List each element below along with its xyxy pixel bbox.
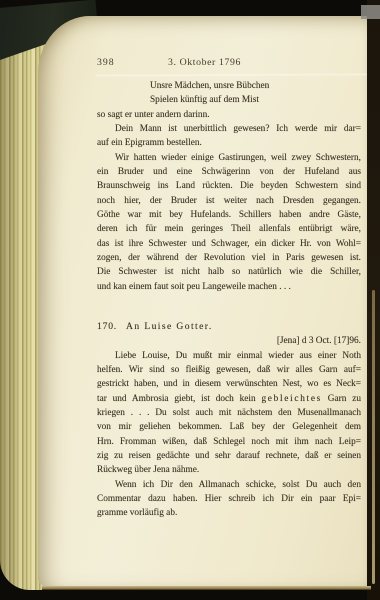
text-line: Wenn ich Dir den Allmanach schicke, sols… xyxy=(97,478,361,492)
text-line: Hrn. Fromman wißen, daß Schlegel noch mi… xyxy=(97,435,361,449)
text-line: Dein Mann ist unerbittlich gewesen? Ich … xyxy=(97,122,361,136)
text-line: von mir geliehen bekommen. Laß bey der G… xyxy=(97,420,361,434)
text-segment: Garn zu xyxy=(322,394,361,404)
text-line: das ist ihre Schwester und Schwager, ein… xyxy=(97,237,361,251)
verse-line: Spielen künftig auf dem Mist xyxy=(150,93,361,107)
text-line: kriegen . . . Du solst auch mit nächstem… xyxy=(97,406,361,420)
text-line: Liebe Louise, Du mußt mir einmal wieder … xyxy=(97,349,361,363)
text-line: helfen. Wir sind so fleißig gewesen, daß… xyxy=(97,363,361,377)
text-line: tar und Ambrosia giebt, ist doch kein ge… xyxy=(97,392,361,406)
running-head-date: 3. Oktober 1796 xyxy=(168,57,241,68)
text-line: Braunschweig ins Land rückten. Die beyde… xyxy=(97,179,361,193)
text-line: deren ich für mein geringes Theil allenf… xyxy=(97,222,361,236)
text-line: und kan einem faut soit peu Langeweile m… xyxy=(97,280,361,294)
emphasized-word: gebleichtes xyxy=(261,394,322,404)
book-scan: 398 3. Oktober 1796 Unsre Mädchen, unsre… xyxy=(0,0,380,600)
running-head: 398 3. Oktober 1796 xyxy=(38,57,371,71)
page-text: Unsre Mädchen, unsre Bübchen Spielen kün… xyxy=(97,79,361,521)
text-line: ein Bruder und eine Schwägerinn von der … xyxy=(97,165,361,179)
background-clutter xyxy=(361,5,380,19)
letter-number: 170. xyxy=(97,321,117,332)
text-line: auf ein Epigramm bestellen. xyxy=(97,136,361,150)
text-line: Rückweg über Jena nähme. xyxy=(97,463,361,477)
page-number: 398 xyxy=(97,57,115,68)
text-line: gestrickt haben, und in diesem verwünsch… xyxy=(97,377,361,391)
text-line: noch hier, der Bruder ist weiter nach Dr… xyxy=(97,194,361,208)
book-page: 398 3. Oktober 1796 Unsre Mädchen, unsre… xyxy=(38,16,371,586)
text-line: Wir hatten wieder einige Gastirungen, we… xyxy=(97,151,361,165)
under-page-edge xyxy=(372,290,375,584)
text-line: Commentar dazu haben. Hier schreib ich D… xyxy=(97,492,361,506)
scratch-mark xyxy=(96,73,368,76)
text-line: so sagt er unter andern darinn. xyxy=(97,108,361,122)
verse-line: Unsre Mädchen, unsre Bübchen xyxy=(150,79,361,93)
text-line: Göthe war mit bey Hufelands. Schillers h… xyxy=(97,208,361,222)
letter-heading: 170.An Luise Gotter. xyxy=(97,320,361,334)
text-line: zig zu reisen gedächte und sehr darauf r… xyxy=(97,449,361,463)
text-segment: tar und Ambrosia giebt, ist doch kein xyxy=(97,394,261,404)
text-line: Die Schwester ist nicht halb so natürlic… xyxy=(97,265,361,279)
letter-title: An Luise Gotter. xyxy=(126,321,213,332)
letter-dateline: [Jena] d 3 Oct. [17]96. xyxy=(97,334,361,348)
page-bottom-edge xyxy=(42,586,371,590)
text-line: gramme vorläufig ab. xyxy=(97,506,361,520)
text-line: zogen, der während der Revolution viel i… xyxy=(97,251,361,265)
